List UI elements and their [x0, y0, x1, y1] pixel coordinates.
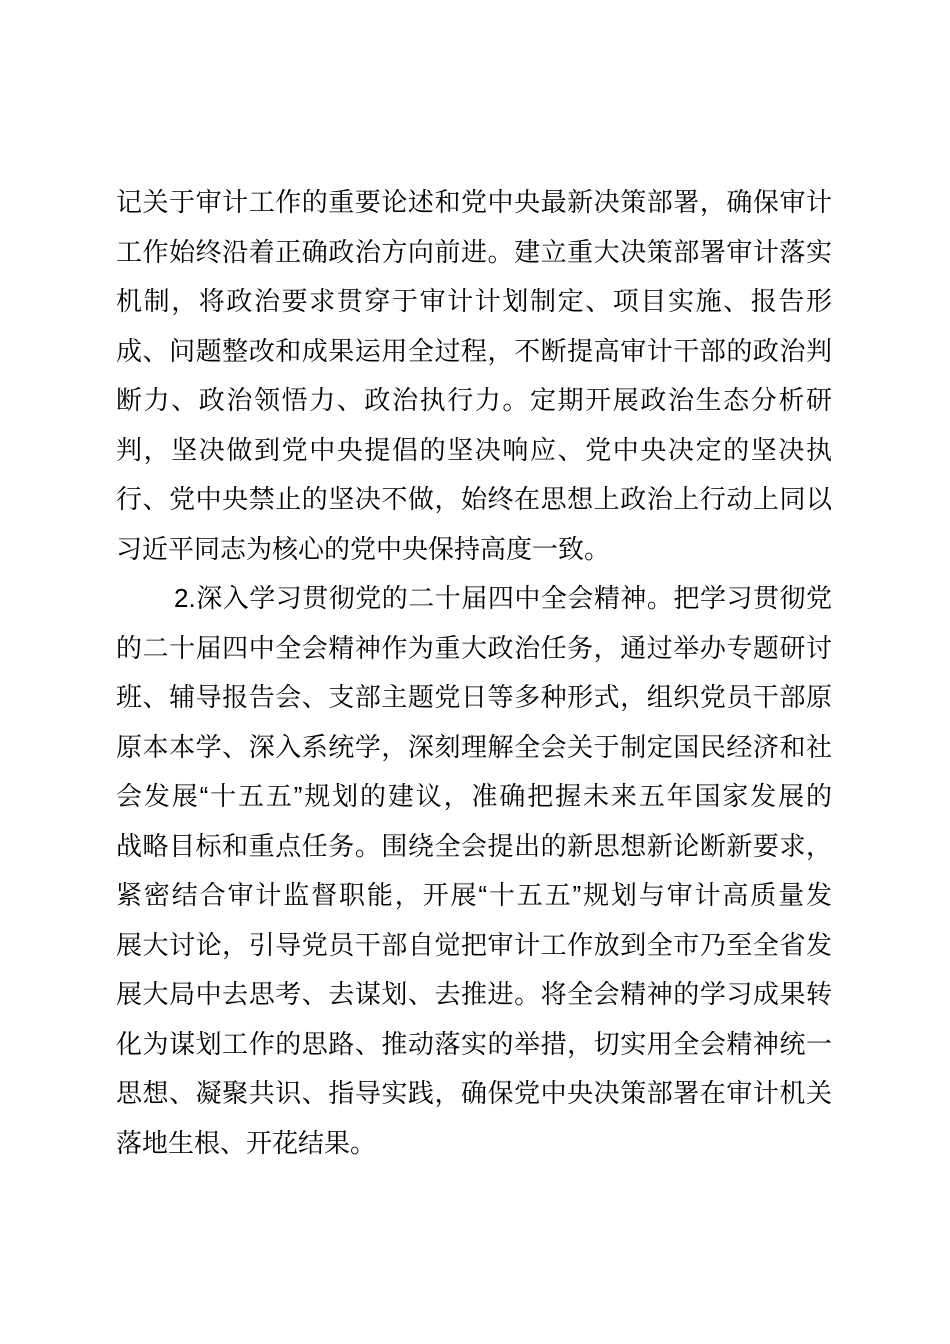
- text-line: 记关于审计工作的重要论述和党中央最新决策部署，确保审计: [116, 178, 832, 228]
- text-line: 化为谋划工作的思路、推动落实的举措，切实用全会精神统一: [116, 1020, 832, 1070]
- text-line: 展大局中去思考、去谋划、去推进。将全会精神的学习成果转: [116, 970, 832, 1020]
- text-line: 行、党中央禁止的坚决不做，始终在思想上政治上行动上同以: [116, 475, 832, 525]
- document-page: 记关于审计工作的重要论述和党中央最新决策部署，确保审计工作始终沿着正确政治方向前…: [0, 0, 950, 1344]
- text-line: 成、问题整改和成果运用全过程，不断提高审计干部的政治判: [116, 327, 832, 377]
- text-line: 机制，将政治要求贯穿于审计计划制定、项目实施、报告形: [116, 277, 832, 327]
- document-body: 记关于审计工作的重要论述和党中央最新决策部署，确保审计工作始终沿着正确政治方向前…: [116, 178, 832, 1168]
- text-line: 班、辅导报告会、支部主题党日等多种形式，组织党员干部原: [116, 673, 832, 723]
- text-line: 习近平同志为核心的党中央保持高度一致。: [116, 525, 832, 575]
- text-line: 的二十届四中全会精神作为重大政治任务，通过举办专题研讨: [116, 624, 832, 674]
- text-line: 断力、政治领悟力、政治执行力。定期开展政治生态分析研: [116, 376, 832, 426]
- text-line: 2.深入学习贯彻党的二十届四中全会精神。把学习贯彻党: [116, 574, 832, 624]
- text-line: 展大讨论，引导党员干部自觉把审计工作放到全市乃至全省发: [116, 921, 832, 971]
- paragraph: 记关于审计工作的重要论述和党中央最新决策部署，确保审计工作始终沿着正确政治方向前…: [116, 178, 832, 574]
- text-line: 战略目标和重点任务。围绕全会提出的新思想新论断新要求，: [116, 822, 832, 872]
- text-line: 判，坚决做到党中央提倡的坚决响应、党中央决定的坚决执: [116, 426, 832, 476]
- text-line: 思想、凝聚共识、指导实践，确保党中央决策部署在审计机关: [116, 1069, 832, 1119]
- text-line: 原本本学、深入系统学，深刻理解全会关于制定国民经济和社: [116, 723, 832, 773]
- paragraph: 2.深入学习贯彻党的二十届四中全会精神。把学习贯彻党的二十届四中全会精神作为重大…: [116, 574, 832, 1168]
- text-line: 会发展“十五五”规划的建议，准确把握未来五年国家发展的: [116, 772, 832, 822]
- text-line: 工作始终沿着正确政治方向前进。建立重大决策部署审计落实: [116, 228, 832, 278]
- text-line: 紧密结合审计监督职能，开展“十五五”规划与审计高质量发: [116, 871, 832, 921]
- text-line: 落地生根、开花结果。: [116, 1119, 832, 1169]
